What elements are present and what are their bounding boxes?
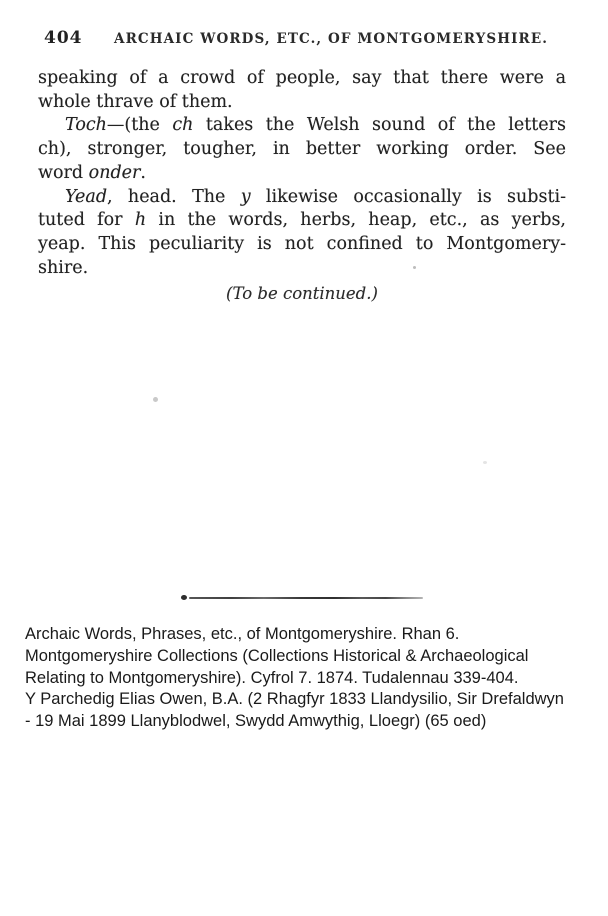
divider-dot — [181, 595, 187, 600]
caption-line: Relating to Montgomeryshire). Cyfrol 7. … — [25, 668, 595, 690]
caption-line: - 19 Mai 1899 Llanyblodwel, Swydd Amwyth… — [25, 711, 595, 733]
body-line: yeap. This peculiarity is not confined t… — [38, 233, 566, 257]
archive-caption: Archaic Words, Phrases, etc., of Montgom… — [25, 624, 595, 733]
body-line: speaking of a crowd of people, say that … — [38, 67, 566, 91]
page-number: 404 — [44, 28, 83, 48]
body-line: word onder. — [38, 162, 566, 186]
body-line: whole thrave of them. — [38, 91, 566, 115]
body-line: shire. — [38, 257, 566, 281]
body-text: speaking of a crowd of people, say that … — [38, 67, 566, 280]
body-line: Toch—(the ch takes the Welsh sound of th… — [38, 114, 566, 138]
scan-speck — [413, 266, 416, 269]
section-divider — [181, 593, 423, 602]
scan-speck — [153, 397, 158, 402]
caption-line: Y Parchedig Elias Owen, B.A. (2 Rhagfyr … — [25, 689, 595, 711]
scanned-book-page: 404 ARCHAIC WORDS, ETC., OF MONTGOMERYSH… — [0, 0, 608, 916]
scan-speck — [483, 461, 487, 464]
continuation-note: (To be continued.) — [38, 284, 566, 303]
body-line: Yead, head. The y likewise occasionally … — [38, 186, 566, 210]
caption-line: Archaic Words, Phrases, etc., of Montgom… — [25, 624, 595, 646]
body-line: ch), stronger, tougher, in better workin… — [38, 138, 566, 162]
running-title: ARCHAIC WORDS, ETC., OF MONTGOMERYSHIRE. — [114, 31, 548, 47]
body-line: tuted for h in the words, herbs, heap, e… — [38, 209, 566, 233]
caption-line: Montgomeryshire Collections (Collections… — [25, 646, 595, 668]
divider-rule — [189, 597, 423, 599]
running-header: 404 ARCHAIC WORDS, ETC., OF MONTGOMERYSH… — [44, 28, 578, 50]
